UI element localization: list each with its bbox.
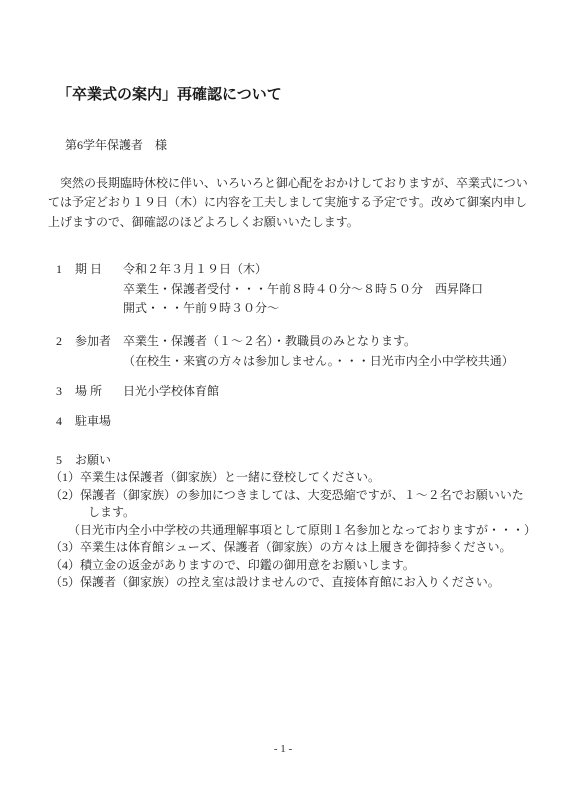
section-label: 期 日 xyxy=(75,260,123,280)
section-label: 場 所 xyxy=(75,382,123,402)
section-number: 2 xyxy=(56,332,75,352)
section-content: 令和２年３月１９日（木） 卒業生・保護者受付・・・午前８時４０分～８時５０分 西… xyxy=(123,260,483,319)
section-line: 日光小学校体育館 xyxy=(123,382,219,402)
section-line: 開式・・・午前９時３０分～ xyxy=(123,299,483,319)
section-parking: 4 駐車場 xyxy=(56,412,123,432)
section-label: お願い xyxy=(75,451,123,471)
page-number: - 1 - xyxy=(0,743,566,755)
recipient-line: 第6学年保護者 様 xyxy=(65,136,167,155)
section-number: 4 xyxy=(56,412,75,432)
intro-line: 上げますので、御確認のほどよろしくお願いいたします。 xyxy=(48,213,528,232)
request-item-5: （5）保護者（御家族）の控え室は設けませんので、直接体育館にお入りください。 xyxy=(50,574,536,592)
request-list: （1）卒業生は保護者（御家族）と一緒に登校してください。 （2）保護者（御家族）… xyxy=(50,469,536,592)
section-date: 1 期 日 令和２年３月１９日（木） 卒業生・保護者受付・・・午前８時４０分～８… xyxy=(56,260,483,319)
section-content: 日光小学校体育館 xyxy=(123,382,219,402)
section-number: 5 xyxy=(56,451,75,471)
section-label: 参加者 xyxy=(75,332,123,352)
section-content: 卒業生・保護者（１～２名）・教職員のみとなります。 （在校生・来賓の方々は参加し… xyxy=(123,332,514,371)
section-line: （在校生・来賓の方々は参加しません。・・・日光市内全小中学校共通） xyxy=(123,352,514,372)
section-line: 卒業生・保護者（１～２名）・教職員のみとなります。 xyxy=(123,332,514,352)
section-participants: 2 参加者 卒業生・保護者（１～２名）・教職員のみとなります。 （在校生・来賓の… xyxy=(56,332,514,371)
request-item-2-continued: します。 xyxy=(88,504,536,522)
request-item-4: （4）積立金の返金がありますので、印鑑の御用意をお願いします。 xyxy=(50,557,536,575)
request-item-1: （1）卒業生は保護者（御家族）と一緒に登校してください。 xyxy=(50,469,536,487)
section-place: 3 場 所 日光小学校体育館 xyxy=(56,382,219,402)
request-item-2: （2）保護者（御家族）の参加につきましては、大変恐縮ですが、１～２名でお願いいた xyxy=(50,487,536,505)
document-title: 「卒業式の案内」再確認について xyxy=(57,84,282,106)
section-label: 駐車場 xyxy=(75,412,123,432)
intro-line: ては予定どおり１９日（木）に内容を工夫しまして実施する予定です。改めて御案内申し xyxy=(48,193,528,212)
intro-line: 突然の長期臨時休校に伴い、いろいろと御心配をおかけしておりますが、卒業式につい xyxy=(48,174,528,193)
request-note: （日光市内全小中学校の共通理解事項として原則１名参加となっておりますが・・・） xyxy=(68,522,536,540)
section-line: 卒業生・保護者受付・・・午前８時４０分～８時５０分 西昇降口 xyxy=(123,280,483,300)
request-item-3: （3）卒業生は体育館シューズ、保護者（御家族）の方々は上履きを御持参ください。 xyxy=(50,539,536,557)
section-number: 3 xyxy=(56,382,75,402)
section-number: 1 xyxy=(56,260,75,280)
section-line: 令和２年３月１９日（木） xyxy=(123,260,483,280)
section-requests-heading: 5 お願い xyxy=(56,451,123,471)
intro-paragraph: 突然の長期臨時休校に伴い、いろいろと御心配をおかけしておりますが、卒業式につい … xyxy=(48,174,528,232)
document-page: 「卒業式の案内」再確認について 第6学年保護者 様 突然の長期臨時休校に伴い、い… xyxy=(0,0,566,800)
